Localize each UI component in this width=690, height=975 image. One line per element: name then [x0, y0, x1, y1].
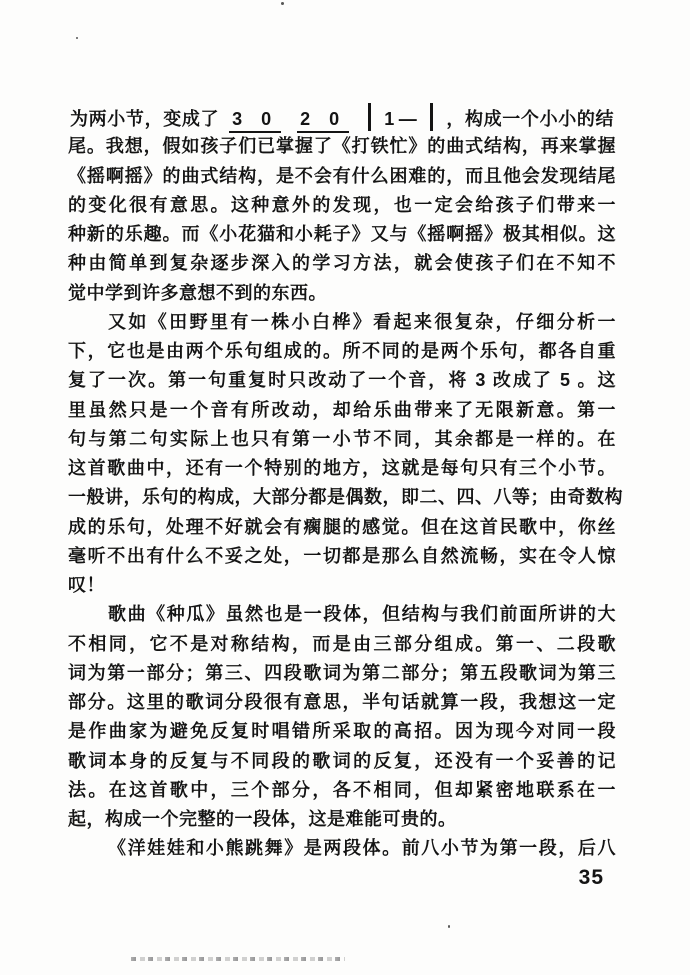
text-line: 一般讲，乐句的构成，大部分都是偶数，即二、四、八等；由奇数构 — [68, 483, 616, 512]
jianpu-barline-icon — [430, 103, 433, 131]
scan-speck — [532, 458, 535, 461]
scan-speck — [76, 37, 78, 39]
scanned-book-page: 为两小节，变成了3 02 01—，构成一个小小的结尾。我想，假如孩子们已掌握了《… — [0, 0, 690, 975]
text-line: 下，它也是由两个乐句组成的。所不同的是两个乐句，都各自重 — [68, 337, 616, 366]
jianpu-beamed-notes: 2 0 — [297, 108, 349, 133]
text-line: 歌词本身的反复与不同段的歌词的反复，还没有一个妥善的记 — [68, 747, 616, 776]
jianpu-beamed-notes: 3 0 — [229, 108, 281, 133]
text-line: 词为第一部分；第三、四段歌词为第二部分；第五段歌词为第三 — [68, 659, 616, 688]
jianpu-barline-icon — [368, 103, 371, 131]
text-line: 觉中学到许多意想不到的东西。 — [68, 279, 616, 308]
text-line: 是作曲家为避免反复时唱错所采取的高招。因为现今对同一段 — [68, 717, 616, 746]
text-line: 句与第二句实际上也只有第一小节不同，其余都是一样的。在 — [68, 425, 616, 454]
text-line: 尾。我想，假如孩子们已掌握了《打铁忙》的曲式结构，再来掌握 — [68, 132, 616, 161]
text-line: 《摇啊摇》的曲式结构，是不会有什么困难的，而且他会发现结尾 — [68, 162, 616, 191]
text-line: 种新的乐趣。而《小花猫和小耗子》又与《摇啊摇》极其相似。这 — [68, 220, 616, 249]
text-block: 为两小节，变成了3 02 01—，构成一个小小的结尾。我想，假如孩子们已掌握了《… — [68, 103, 616, 864]
text-line: 《洋娃娃和小熊跳舞》是两段体。前八小节为第一段，后八 — [68, 834, 616, 863]
text-line: 毫听不出有什么不妥之处，一切都是那么自然流畅，实在令人惊 — [68, 542, 616, 571]
text-line: 复了一次。第一句重复时只改动了一个音，将 3 改成了 5 。这 — [68, 366, 616, 395]
text-line: 成的乐句，处理不好就会有瘸腿的感觉。但在这首民歌中，你丝 — [68, 513, 616, 542]
text-line: 的变化很有意思。这种意外的发现，也一定会给孩子们带来一 — [68, 191, 616, 220]
scan-speck — [448, 925, 450, 928]
text-segment: 1 — [384, 109, 395, 129]
text-line: 种由简单到复杂逐步深入的学习方法，就会使孩子们在不知不 — [68, 249, 616, 278]
text-line: 部分。这里的歌词分段很有意思，半句话就算一段，我想这一定 — [68, 688, 616, 717]
scan-artifact-line — [131, 957, 345, 961]
text-line: 起，构成一个完整的一段体，这是难能可贵的。 — [68, 805, 616, 834]
text-line: 歌曲《种瓜》虽然也是一段体，但结构与我们前面所讲的大 — [68, 600, 616, 629]
text-line: 又如《田野里有一株小白桦》看起来很复杂，仔细分析一 — [68, 308, 616, 337]
text-line: 叹！ — [68, 571, 616, 600]
scan-speck — [281, 2, 284, 5]
text-line: 为两小节，变成了3 02 01—，构成一个小小的结 — [68, 103, 616, 132]
text-line: 里虽然只是一个音有所改动，却给乐曲带来了无限新意。第一 — [68, 396, 616, 425]
text-segment: — — [399, 109, 418, 129]
page-number: 35 — [579, 866, 604, 890]
text-line: 不相同，它不是对称结构，而是由三部分组成。第一、二段歌 — [68, 630, 616, 659]
text-segment: ，构成一个小小的结 — [446, 109, 614, 129]
text-segment: 为两小节，变成了 — [70, 109, 219, 129]
text-line: 法。在这首歌中，三个部分，各不相同，但却紧密地联系在一 — [68, 776, 616, 805]
